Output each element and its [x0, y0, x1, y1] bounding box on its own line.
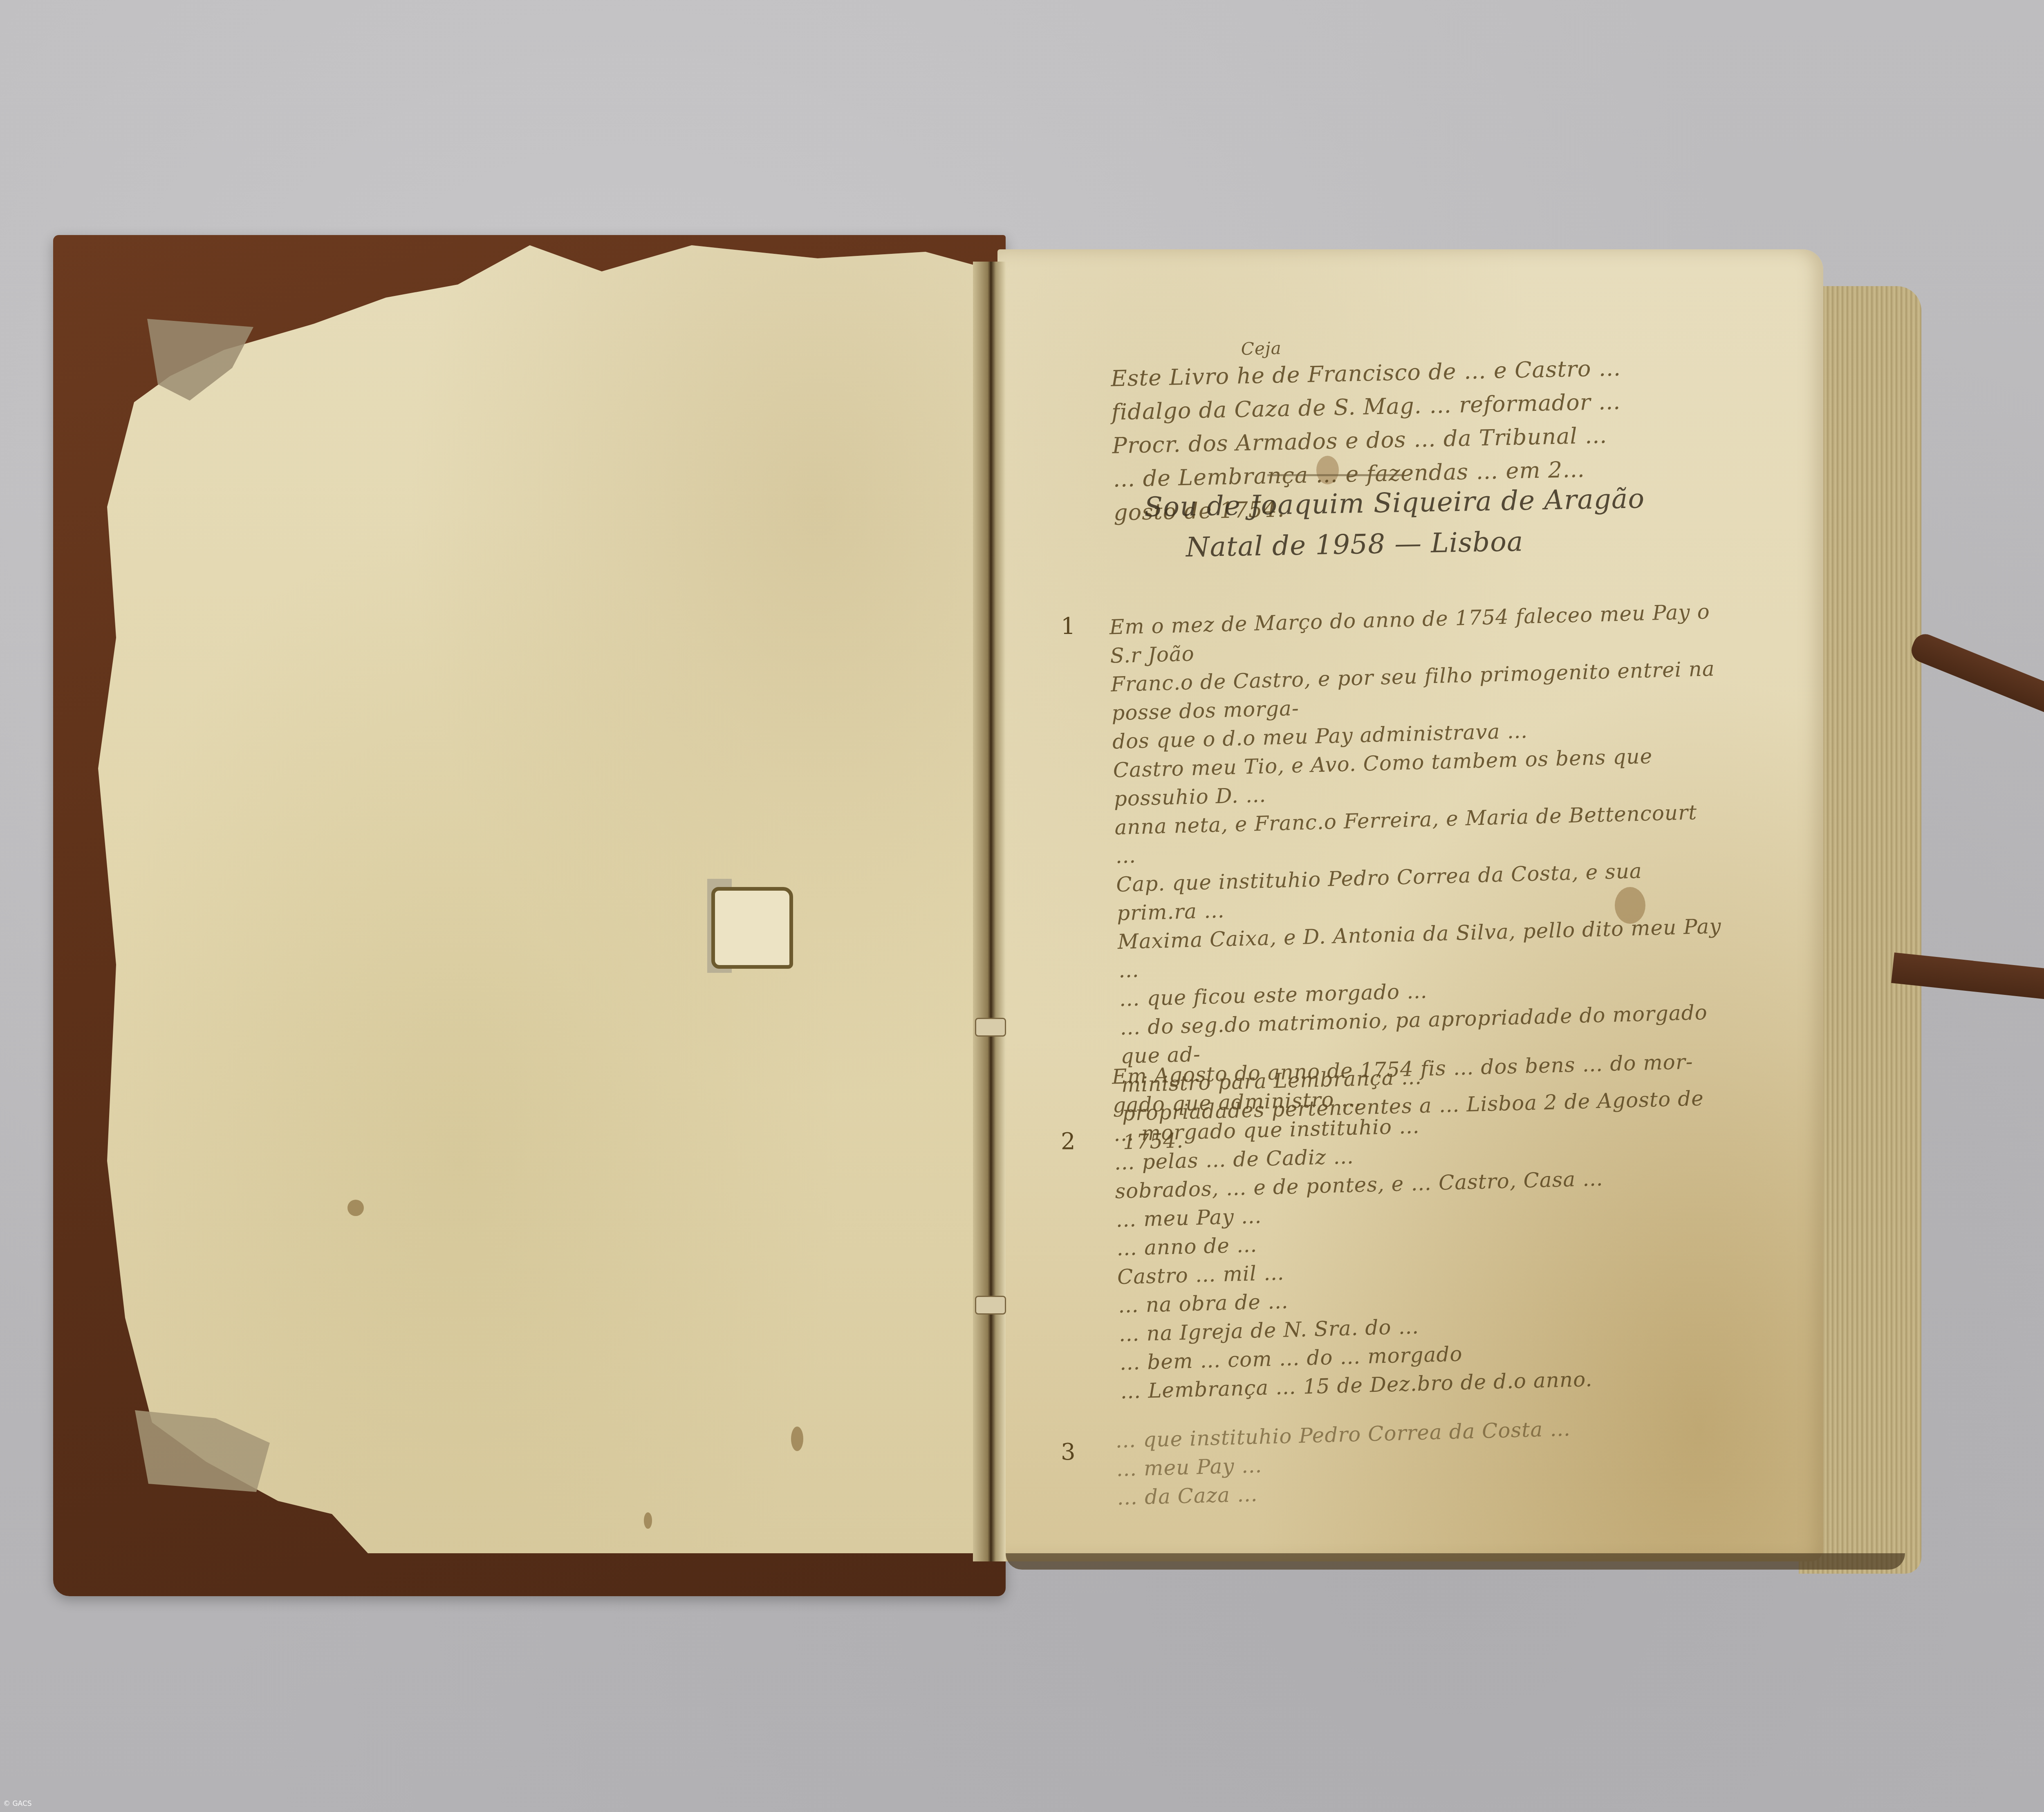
entry-number: 3: [1061, 1439, 1076, 1465]
label-remnant-frame: [711, 887, 793, 969]
copyright-watermark: © GACS: [3, 1800, 32, 1808]
stain-spot: [791, 1427, 803, 1451]
page-bottom-edge-shadow: [1006, 1553, 1905, 1570]
manuscript-entry-2: Em Agosto do anno de 1754 fis … dos bens…: [1112, 1047, 1725, 1406]
ownership-signature: Sou de Joaquim Siqueira de Aragão Natal …: [1144, 478, 1676, 569]
stain-spot: [347, 1200, 364, 1216]
pencil-underline: [1267, 474, 1402, 476]
entry-number: 2: [1061, 1128, 1076, 1155]
manuscript-entry-3: … que instituhio Pedro Correa da Costa ……: [1115, 1411, 1722, 1512]
binding-stitch: [975, 1018, 1006, 1037]
binding-stitch: [975, 1296, 1006, 1315]
entry-number: 1: [1061, 613, 1076, 640]
left-flyleaf-page: [98, 245, 997, 1553]
signature-line: Natal de 1958 — Lisboa: [1186, 519, 1677, 568]
book-gutter-spine: [973, 262, 1006, 1561]
stain-spot: [644, 1512, 652, 1529]
